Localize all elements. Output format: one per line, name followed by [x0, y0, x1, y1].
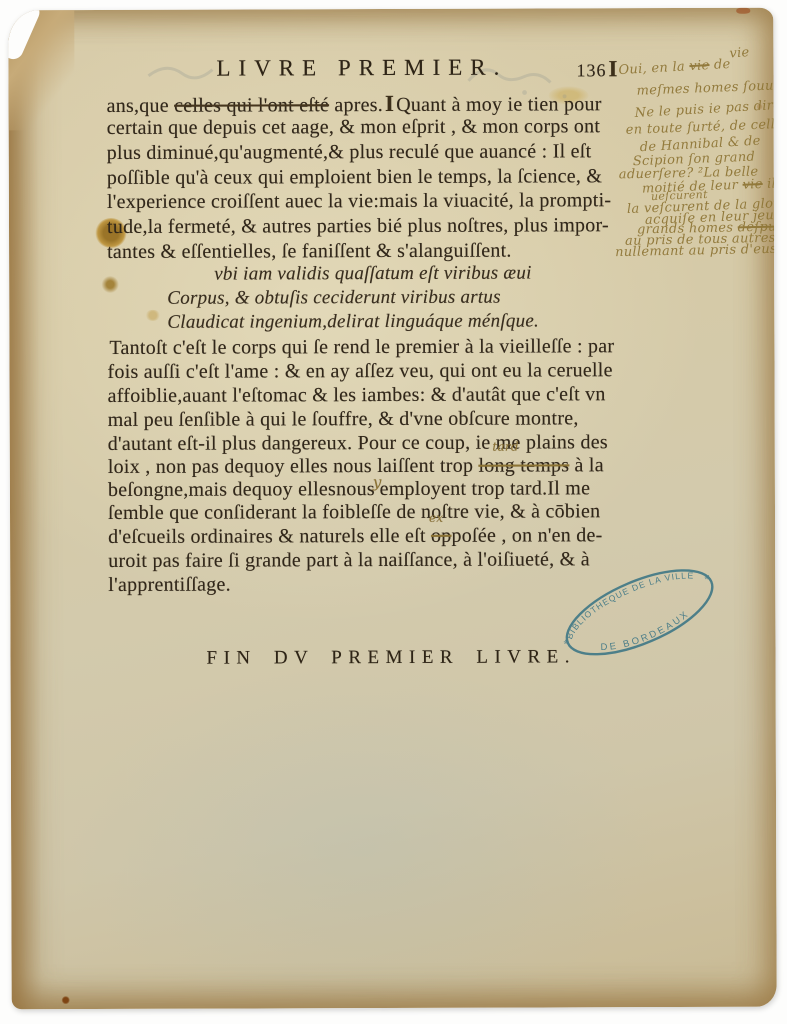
struck-word: op: [431, 525, 452, 547]
struck-word: vie: [742, 177, 763, 193]
screenshot-root: { "document": { "header": { "title": "LI…: [0, 0, 787, 1024]
text-segment: Quant à moy ie tien pour: [396, 93, 601, 116]
text-segment: d'eſcueils ordinaires & naturels elle eſ…: [108, 525, 431, 548]
insertion-mark: I: [383, 91, 396, 116]
print-line: mal peu ſenſible à qui le ſouffre, & d'v…: [108, 407, 579, 432]
text-segment: loix , non pas dequoy elles nous laiſſen…: [108, 455, 479, 478]
margin-note-line: Oui, en la vie de: [618, 57, 731, 78]
text-segment: à la: [569, 454, 604, 476]
curled-corner: [8, 10, 74, 130]
print-line: loix , non pas dequoy elles nous laiſſen…: [108, 454, 604, 479]
print-line: certain que depuis cet aage, & mon eſpri…: [107, 115, 601, 140]
print-line: d'eſcueils ordinaires & naturels elle eſ…: [108, 524, 603, 549]
print-line: uroit pas faire ſi grande part à la naiſ…: [108, 548, 590, 573]
print-line: affoiblie,auant l'eſtomac & les iambes: …: [108, 383, 606, 408]
struck-word: long temps: [478, 454, 569, 476]
print-line: d'autant eſt-il plus dangereux. Pour ce …: [108, 431, 608, 456]
print-line: beſongne,mais dequoy ellesnousyemployent…: [108, 477, 590, 502]
latin-verse-line: Corpus, & obtuſis ceciderunt viribus art…: [167, 287, 501, 310]
print-line: poſſible qu'à ceux qui emploient bien le…: [107, 165, 602, 190]
print-line: ſemble que conſiderant la foibleſſe de n…: [108, 500, 600, 525]
struck-word: vie: [689, 58, 710, 74]
latin-verse-line: Claudicat ingenium,delirat linguáque mén…: [167, 310, 539, 333]
struck-text: celles qui l'ont eſté: [174, 94, 329, 117]
handwritten-correction: tard: [492, 440, 518, 454]
stamp-star-right: *: [702, 571, 713, 586]
page-title: LIVRE PREMIER.: [216, 55, 507, 82]
margin-note-line: meſmes homes ſouuāt: [636, 78, 776, 99]
margin-interlinear-word: vie: [729, 45, 750, 61]
text-segment: poſée , on n'en de-: [451, 524, 602, 547]
page-number: 136: [576, 60, 606, 81]
print-line: tantes & eſſentielles, ſe faniſſent & s'…: [107, 240, 512, 264]
print-line: tude,la fermeté, & autres parties bié pl…: [107, 214, 609, 239]
print-line: fois auſſi c'eſt l'ame : & en ay aſſez v…: [107, 359, 612, 384]
text-segment: beſongne,mais dequoy ellesnous: [108, 478, 375, 501]
print-line: plus diminué,qu'augmenté,& plus reculé q…: [107, 140, 592, 165]
text-segment: de: [709, 57, 731, 73]
latin-verse-line: vbi iam validis quaſſatum eſt viribus æu…: [214, 263, 531, 286]
text-segment: apres.: [329, 94, 383, 116]
handwritten-insertion: y: [373, 473, 382, 491]
handwritten-correction: ex: [429, 511, 443, 525]
edge-mark: [736, 8, 750, 14]
struck-text: long tempstard: [478, 454, 569, 476]
print-line: l'apprentiſſage.: [108, 574, 231, 597]
text-segment: ils: [762, 176, 776, 192]
paper-speck: [62, 996, 70, 1004]
fin-line: FIN DV PREMIER LIVRE.: [206, 646, 576, 669]
text-segment: ans,que: [107, 95, 175, 117]
text-segment: employent trop tard.Il me: [380, 477, 591, 500]
book-page-scan: LIVRE PREMIER. 136 I ans,que celles qui …: [8, 8, 776, 1010]
struck-text: opex: [431, 525, 452, 547]
page-left-edge: [8, 10, 41, 1009]
print-line: ans,que celles qui l'ont eſté apres.IQua…: [107, 90, 602, 118]
print-line: Tantoſt c'eſt le corps qui ſe rend le pr…: [109, 335, 614, 360]
paper-stain: [145, 310, 160, 321]
text-segment: Oui, en la: [618, 59, 690, 78]
print-line: l'experience croiſſent auec la vie:mais …: [107, 189, 611, 214]
ink-stain: [101, 276, 119, 293]
